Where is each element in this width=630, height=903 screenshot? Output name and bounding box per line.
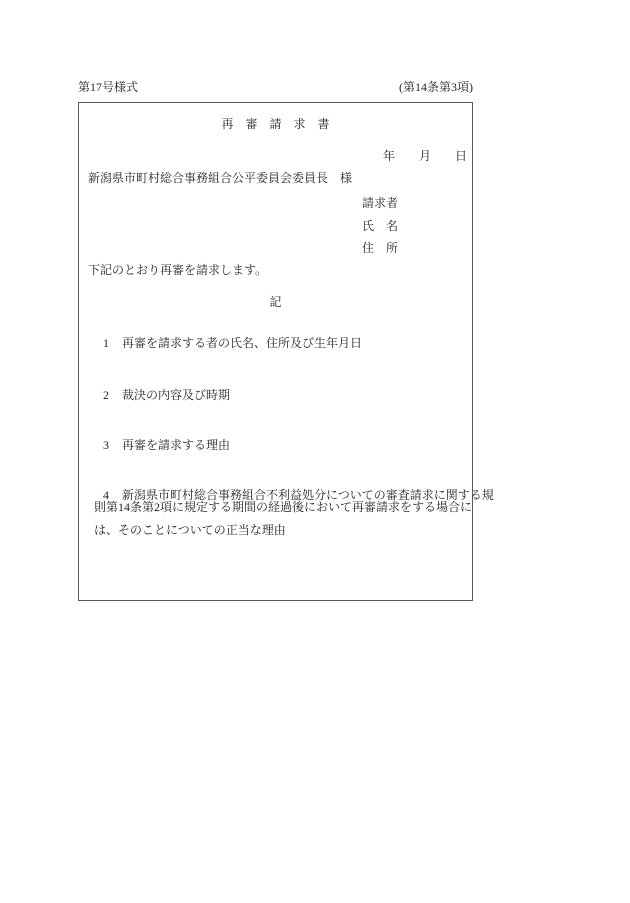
form-border-box: 再 審 請 求 書 年 月 日 新潟県市町村総合事務組合公平委員会委員長 様 請… xyxy=(78,102,473,601)
item-2-number: 2 xyxy=(103,389,122,402)
form-title: 再 審 請 求 書 xyxy=(79,118,472,131)
page: 第17号様式 (第14条第3項) 再 審 請 求 書 年 月 日 新潟県市町村総… xyxy=(0,0,630,903)
claimant-label: 請求者 xyxy=(362,197,398,210)
item-1-number: 1 xyxy=(103,337,122,350)
address-label: 住 所 xyxy=(362,242,398,255)
form-number-label: 第17号様式 xyxy=(78,80,138,94)
item-3-text: 再審を請求する理由 xyxy=(122,438,230,452)
list-item-1: 1再審を請求する者の氏名、住所及び生年月日 xyxy=(85,324,470,363)
article-reference-label: (第14条第3項) xyxy=(399,80,473,94)
list-item-2: 2裁決の内容及び時期 xyxy=(85,376,470,415)
item-2-text: 裁決の内容及び時期 xyxy=(122,388,230,402)
addressee-line: 新潟県市町村総合事務組合公平委員会委員長 様 xyxy=(88,172,352,185)
intro-sentence: 下記のとおり再審を請求します。 xyxy=(88,264,267,277)
item-4-text-line-3: は、そのことについての正当な理由 xyxy=(94,524,470,537)
name-label: 氏 名 xyxy=(362,220,398,233)
page-header: 第17号様式 (第14条第3項) xyxy=(78,80,473,94)
date-line: 年 月 日 xyxy=(383,150,467,163)
item-1-text: 再審を請求する者の氏名、住所及び生年月日 xyxy=(122,336,362,350)
list-heading: 記 xyxy=(79,296,472,309)
item-4-text-line-2: 則第14条第2項に規定する期間の経過後において再審請求をする場合に xyxy=(94,501,470,514)
item-3-number: 3 xyxy=(103,439,122,452)
list-item-3: 3再審を請求する理由 xyxy=(85,426,470,465)
